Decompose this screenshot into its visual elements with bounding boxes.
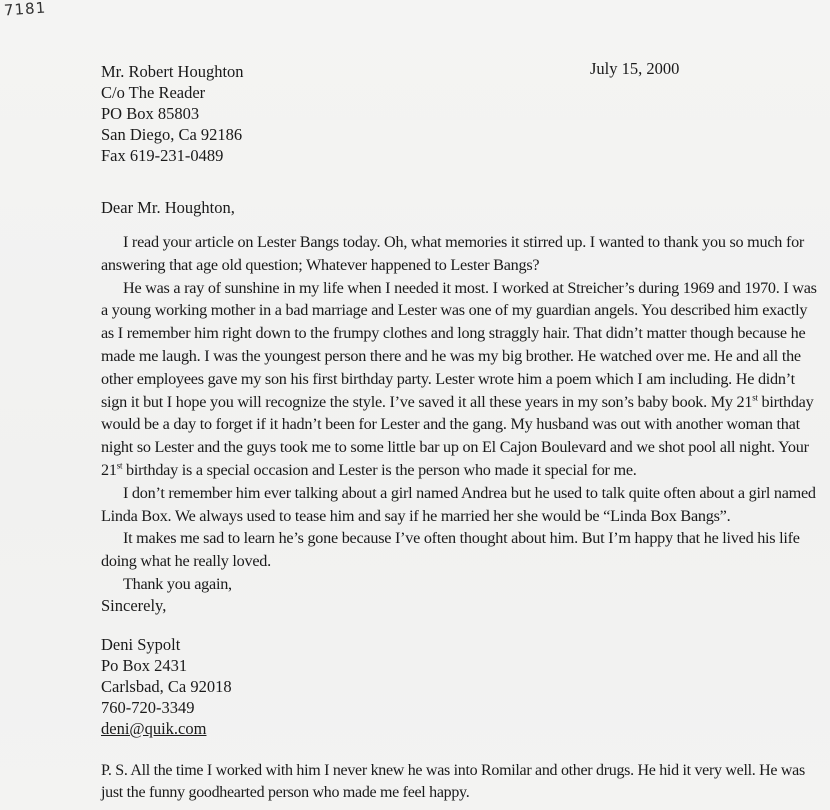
paragraph-2-text-c: birthday is a special occasion and Leste… [122, 461, 636, 479]
postscript: P. S. All the time I worked with him I n… [101, 760, 826, 804]
body-paragraph-1: I read your article on Lester Bangs toda… [101, 231, 823, 277]
body-paragraph-2: He was a ray of sunshine in my life when… [101, 277, 823, 482]
body-paragraph-4: It makes me sad to learn he’s gone becau… [101, 527, 823, 573]
paragraph-2-text-a: He was a ray of sunshine in my life when… [101, 279, 817, 411]
closing: Sincerely, [101, 596, 166, 616]
letter-body: I read your article on Lester Bangs toda… [101, 231, 823, 596]
recipient-po-box: PO Box 85803 [101, 103, 244, 124]
recipient-address-block: Mr. Robert Houghton C/o The Reader PO Bo… [101, 61, 244, 166]
sender-city: Carlsbad, Ca 92018 [101, 676, 232, 697]
letter-page: 7181 Mr. Robert Houghton C/o The Reader … [0, 0, 830, 810]
letter-date: July 15, 2000 [590, 59, 679, 79]
body-paragraph-3: I don’t remember him ever talking about … [101, 482, 823, 528]
handwritten-note: 7181 [3, 0, 46, 19]
postscript-text: P. S. All the time I worked with him I n… [101, 760, 826, 804]
body-paragraph-5: Thank you again, [101, 573, 823, 596]
sender-block: Deni Sypolt Po Box 2431 Carlsbad, Ca 920… [101, 634, 232, 739]
recipient-care-of: C/o The Reader [101, 82, 244, 103]
sender-name: Deni Sypolt [101, 634, 232, 655]
sender-po-box: Po Box 2431 [101, 655, 232, 676]
sender-email-link[interactable]: deni@quik.com [101, 719, 206, 738]
sender-phone: 760-720-3349 [101, 697, 232, 718]
recipient-fax: Fax 619-231-0489 [101, 145, 244, 166]
recipient-name: Mr. Robert Houghton [101, 61, 244, 82]
recipient-city: San Diego, Ca 92186 [101, 124, 244, 145]
salutation: Dear Mr. Houghton, [101, 198, 235, 218]
